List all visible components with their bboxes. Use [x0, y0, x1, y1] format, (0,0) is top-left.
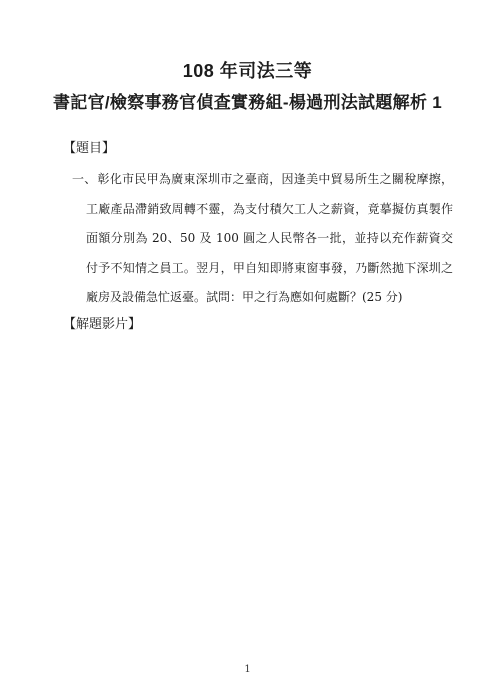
question-item-number: 一、 [72, 172, 97, 186]
document-title: 108 年司法三等 [0, 58, 495, 84]
document-page: 108 年司法三等 書記官/檢察事務官偵查實務組-楊過刑法試題解析 1 【題目】… [0, 0, 495, 700]
question-item-text: 彰化市民甲為廣東深圳市之臺商，因逢美中貿易所生之關稅摩擦，工廠產品滯銷致周轉不靈… [86, 172, 453, 304]
video-section-label: 【解題影片】 [63, 316, 141, 334]
page-number: 1 [0, 663, 495, 677]
question-section-label: 【題目】 [63, 140, 115, 158]
document-subtitle: 書記官/檢察事務官偵查實務組-楊過刑法試題解析 1 [0, 90, 495, 116]
question-item: 一、彰化市民甲為廣東深圳市之臺商，因逢美中貿易所生之關稅摩擦，工廠產品滯銷致周轉… [86, 165, 453, 313]
